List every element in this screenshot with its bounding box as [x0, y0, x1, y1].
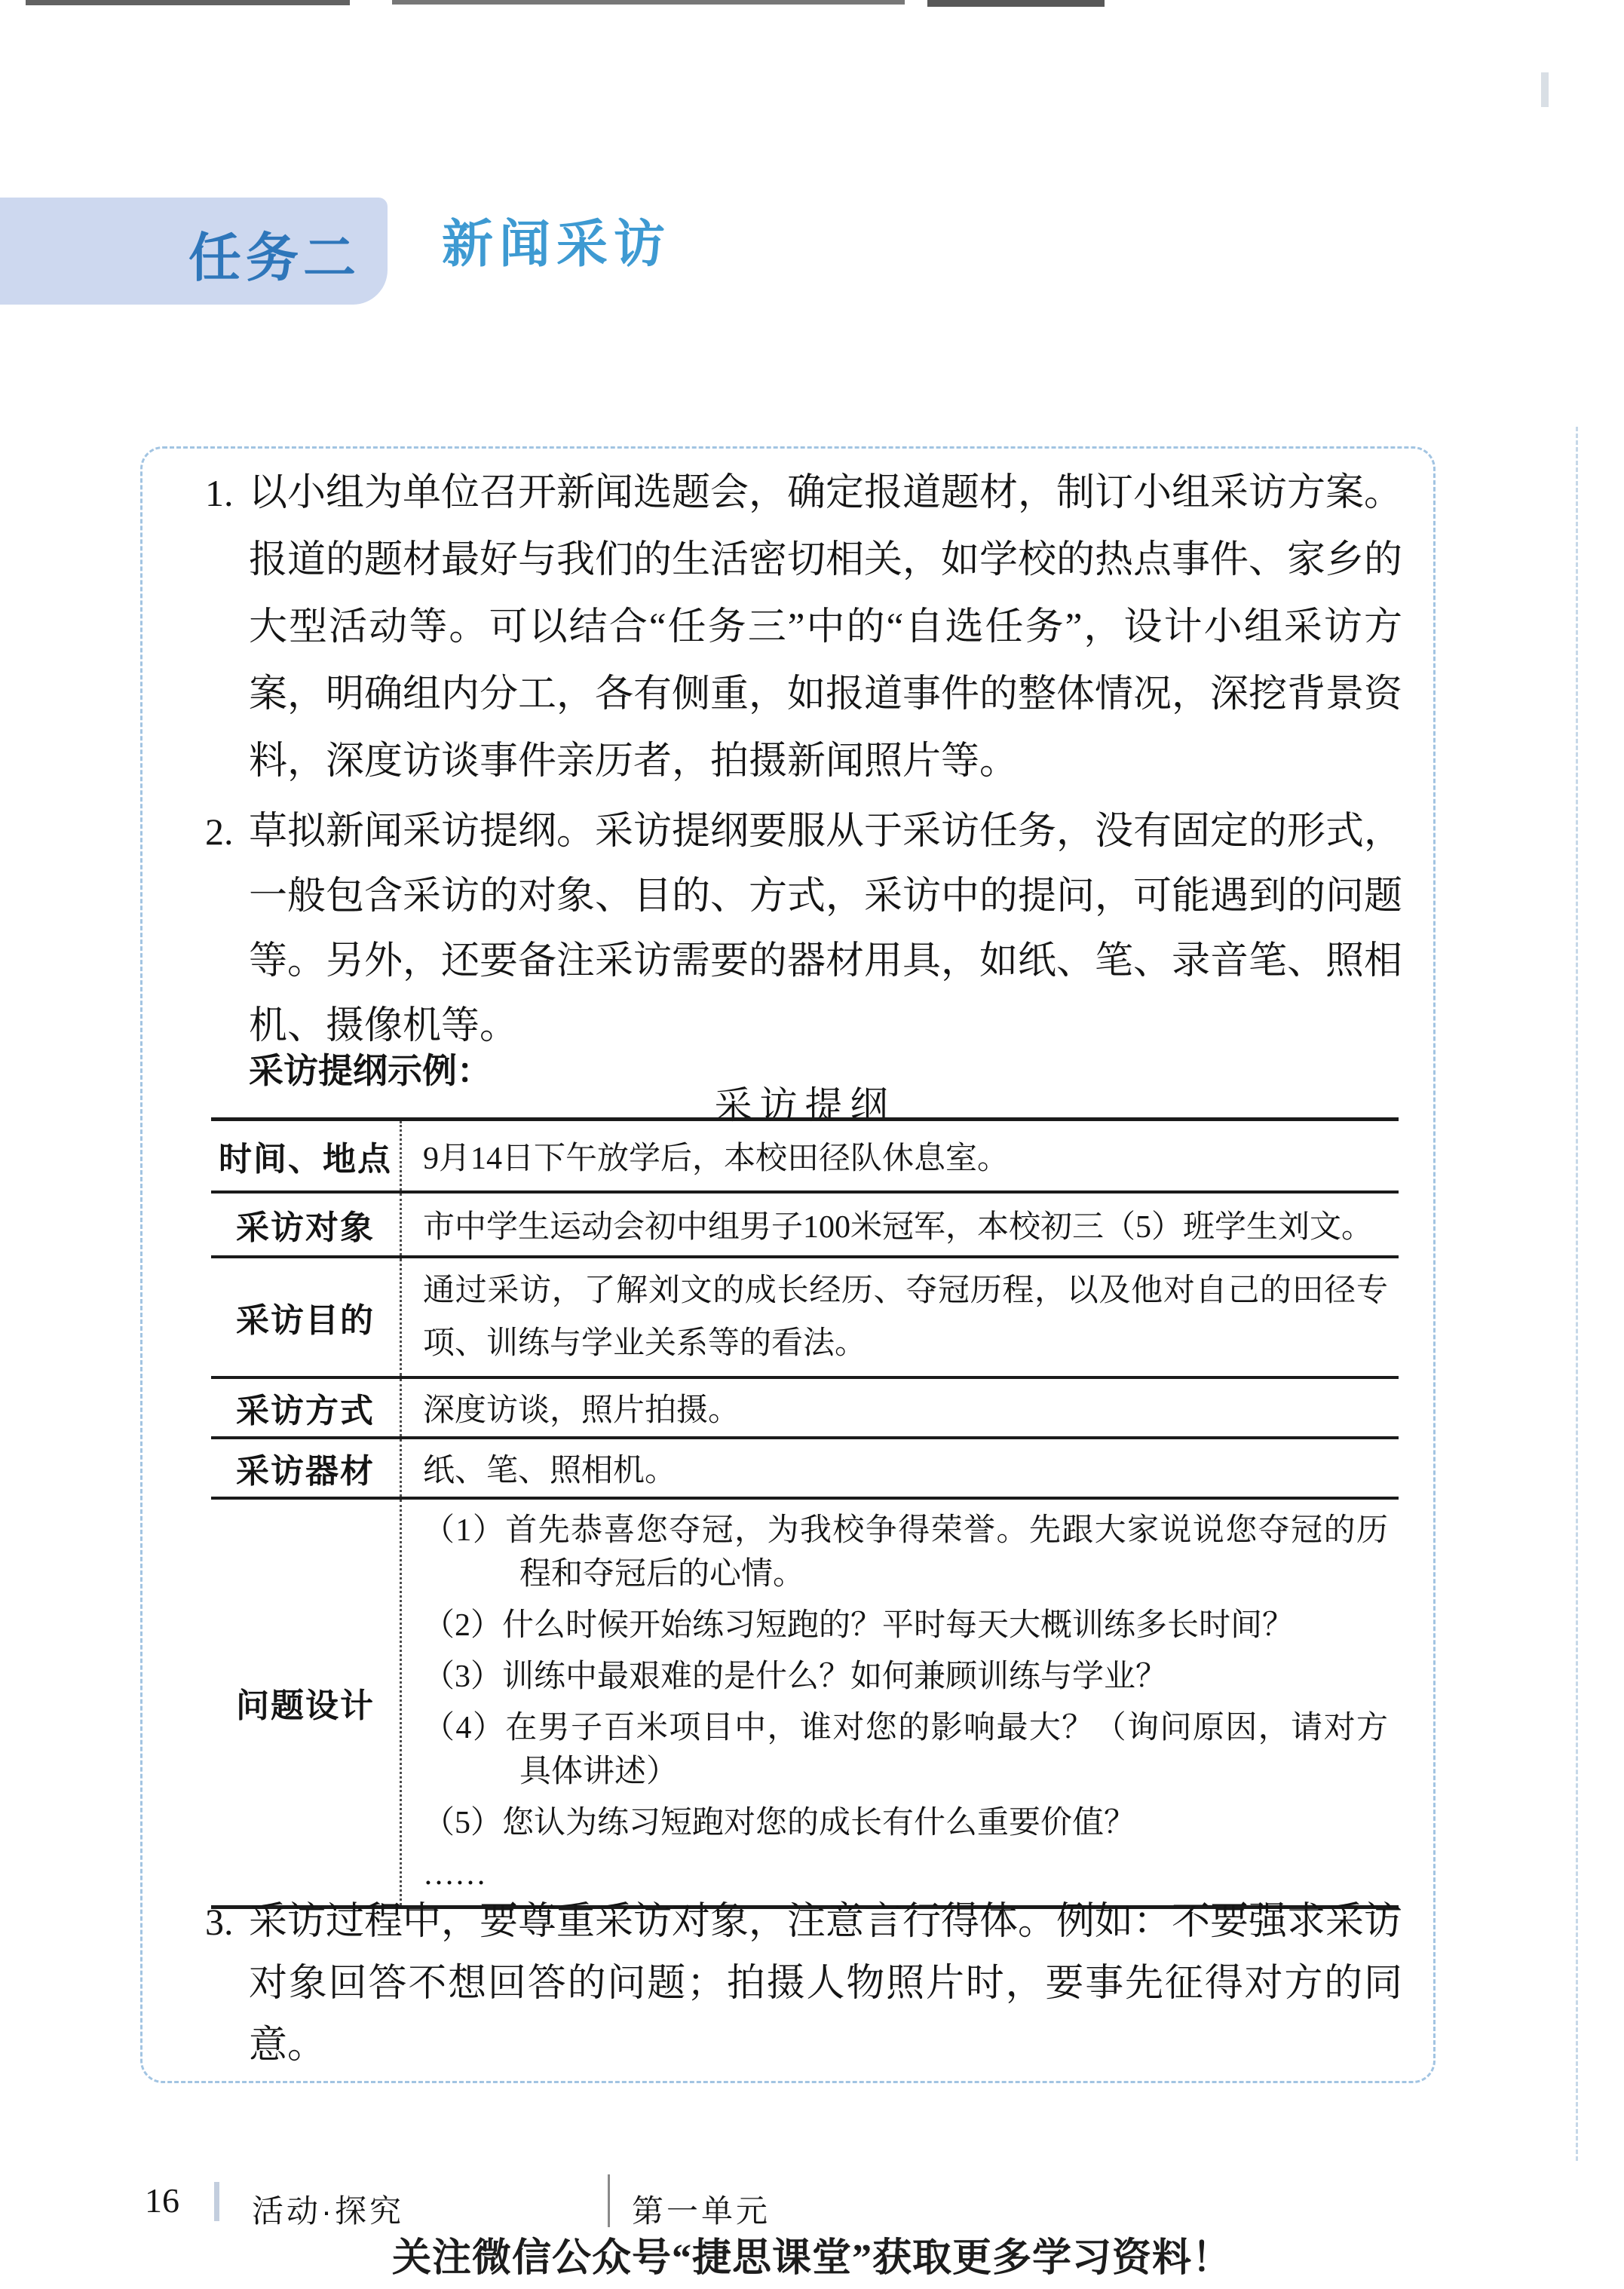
scan-artifact	[26, 0, 350, 5]
row-content: 市中学生运动会初中组男子100米冠军，本校初三（5）班学生刘文。	[400, 1194, 1399, 1255]
table-row-equipment: 采访器材 纸、笔、照相机。	[211, 1439, 1399, 1500]
instruction-text: 采访过程中，要尊重采访对象，注意言行得体。例如：不要强求采访对象回答不想回答的问…	[249, 1891, 1402, 2076]
list-number: 2.	[205, 799, 249, 1059]
row-content: 9月14日下午放学后，本校田径队休息室。	[400, 1121, 1399, 1190]
scan-artifact	[392, 0, 905, 5]
table-row-time-place: 时间、地点 9月14日下午放学后，本校田径队休息室。	[211, 1121, 1399, 1194]
list-number: 3.	[205, 1891, 249, 2076]
footer-divider-line	[608, 2174, 610, 2227]
interview-question: （2）什么时候开始练习短跑的？平时每天大概训练多长时间？	[423, 1604, 1388, 1647]
scan-artifact	[1541, 72, 1549, 107]
footer-unit-title: 第一单元	[632, 2186, 771, 2232]
instruction-item-2: 2. 草拟新闻采访提纲。采访提纲要服从于采访任务，没有固定的形式，一般包含采访的…	[205, 799, 1402, 1059]
interview-outline-table: 时间、地点 9月14日下午放学后，本校田径队休息室。 采访对象 市中学生运动会初…	[211, 1117, 1399, 1909]
interview-question: （5）您认为练习短跑对您的成长有什么重要价值？	[423, 1801, 1388, 1845]
footer-accent-bar	[214, 2182, 219, 2221]
table-row-method: 采访方式 深度访谈，照片拍摄。	[211, 1379, 1399, 1439]
task-title: 新闻采访	[442, 204, 671, 277]
page-edge-dashes	[1576, 427, 1578, 2161]
row-label: 采访目的	[211, 1258, 400, 1376]
ellipsis: ……	[423, 1852, 1388, 1896]
footer-book-title: 活动·探究	[252, 2186, 404, 2232]
table-row-question-design: 问题设计 （1）首先恭喜您夺冠，为我校争得荣誉。先跟大家说说您夺冠的历程和夺冠后…	[211, 1500, 1399, 1909]
instruction-text: 草拟新闻采访提纲。采访提纲要服从于采访任务，没有固定的形式，一般包含采访的对象、…	[249, 799, 1402, 1059]
watermark-text: 关注微信公众号“捷思课堂”获取更多学习资料！	[0, 2226, 1624, 2282]
row-label: 问题设计	[211, 1500, 400, 1905]
list-number: 1.	[205, 460, 249, 795]
instruction-text: 以小组为单位召开新闻选题会，确定报道题材，制订小组采访方案。报道的题材最好与我们…	[249, 460, 1402, 795]
row-content: 纸、笔、照相机。	[400, 1439, 1399, 1497]
textbook-page: 任务二 新闻采访 1. 以小组为单位召开新闻选题会，确定报道题材，制订小组采访方…	[0, 0, 1624, 2289]
table-row-purpose: 采访目的 通过采访，了解刘文的成长经历、夺冠历程，以及他对自己的田径专项、训练与…	[211, 1258, 1399, 1379]
scan-artifact	[927, 0, 1105, 7]
row-label: 采访方式	[211, 1379, 400, 1436]
instruction-item-3: 3. 采访过程中，要尊重采访对象，注意言行得体。例如：不要强求采访对象回答不想回…	[205, 1891, 1402, 2076]
task-number-label: 任务二	[188, 216, 360, 292]
interview-question: （4）在男子百米项目中，谁对您的影响最大？（询问原因，请对方具体讲述）	[423, 1706, 1388, 1794]
row-content: （1）首先恭喜您夺冠，为我校争得荣誉。先跟大家说说您夺冠的历程和夺冠后的心情。 …	[400, 1500, 1399, 1905]
table-row-interviewee: 采访对象 市中学生运动会初中组男子100米冠军，本校初三（5）班学生刘文。	[211, 1194, 1399, 1258]
interview-question: （1）首先恭喜您夺冠，为我校争得荣誉。先跟大家说说您夺冠的历程和夺冠后的心情。	[423, 1509, 1388, 1596]
row-content: 通过采访，了解刘文的成长经历、夺冠历程，以及他对自己的田径专项、训练与学业关系等…	[400, 1258, 1399, 1376]
interview-question: （3）训练中最艰难的是什么？如何兼顾训练与学业？	[423, 1655, 1388, 1699]
row-label: 采访对象	[211, 1194, 400, 1255]
page-number: 16	[145, 2180, 179, 2220]
row-label: 采访器材	[211, 1439, 400, 1497]
row-label: 时间、地点	[211, 1121, 400, 1190]
row-content: 深度访谈，照片拍摄。	[400, 1379, 1399, 1436]
instruction-item-1: 1. 以小组为单位召开新闻选题会，确定报道题材，制订小组采访方案。报道的题材最好…	[205, 460, 1402, 795]
